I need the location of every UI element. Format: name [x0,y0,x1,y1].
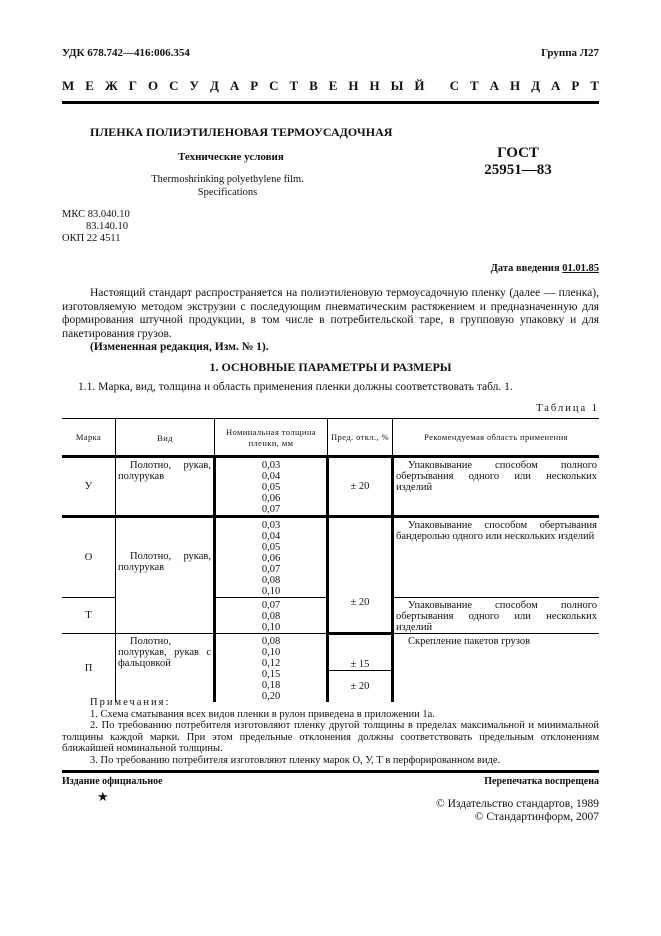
thickness-value: 0,15 [216,669,326,680]
effective-date: Дата введения 01.01.85 [491,263,599,274]
header-application: Рекомендуемая область применения [393,419,600,457]
banner-letter: С [169,78,178,94]
kind-text: Полотно, рукав, полурукав [118,551,211,573]
thickness-value: 0,08 [216,636,326,647]
cell-thickness: 0,030,040,050,060,070,080,10 [215,517,328,598]
english-title: Thermoshrinking polyethylene film. Speci… [150,173,305,199]
header-kind: Вид [116,419,215,457]
banner-letter: Т [290,78,299,94]
cell-deviation: ± 20 [328,457,393,517]
effective-date-label: Дата введения [491,263,563,274]
cell-mark: Т [62,598,116,634]
banner-letter: Р [250,78,258,94]
thickness-value: 0,12 [216,658,326,669]
note-item: 1. Схема сматывания всех видов пленки в … [62,709,599,721]
top-rule [62,101,599,104]
group-code: Группа Л27 [541,47,599,59]
thickness-value: 0,07 [216,504,326,515]
banner-letter: Д [210,78,219,94]
table-1: Марка Вид Номинальная толщина пленки, мм… [62,418,599,702]
table-row: У Полотно, рукав, полурукав 0,030,040,05… [62,457,599,517]
cell-kind: Полотно, рукав, полурукав [116,457,215,517]
thickness-value: 0,10 [216,647,326,658]
application-text: Упаковывание способом полного обертывани… [396,460,597,493]
thickness-value: 0,10 [216,586,326,597]
banner-letter: Н [348,78,358,94]
kind-text: Полотно, рукав, полурукав [118,460,211,482]
banner-letter: Р [571,78,579,94]
intro-paragraph: Настоящий стандарт распространяется на п… [62,287,599,341]
banner-letter: В [309,78,318,94]
thickness-value: 0,04 [216,531,326,542]
cell-application: Упаковывание способом полного обертывани… [393,598,600,634]
gost-label: ГОСТ [478,145,558,162]
header-mark: Марка [62,419,116,457]
thickness-value: 0,05 [216,482,326,493]
deviation-value: ± 20 [329,518,391,608]
mks-code-1: МКС 83.040.10 [62,209,130,221]
banner-letter: Д [531,78,540,94]
application-text: Упаковывание способом полного обертывани… [396,600,597,633]
header-thickness: Номинальная толщина пленки, мм [215,419,328,457]
application-text: Скрепление пакетов грузов [396,636,597,647]
cell-thickness: 0,080,100,120,150,180,20 [215,634,328,703]
note-item: 3. По требованию потребителя изготовляют… [62,755,599,767]
gost-number: 25951—83 [478,162,558,179]
cell-thickness: 0,030,040,050,060,07 [215,457,328,517]
thickness-value: 0,08 [216,611,326,622]
official-edition-label: Издание официальное [62,776,163,787]
copyright-publisher: © Издательство стандартов, 1989 [436,798,599,811]
header-deviation: Пред. откл., % [328,419,393,457]
notes-section: Примечания: 1. Схема сматывания всех вид… [62,697,599,766]
thickness-value: 0,06 [216,553,326,564]
table-row: О Полотно, рукав, полурукав 0,030,040,05… [62,517,599,598]
thickness-value: 0,18 [216,680,326,691]
okp-code: ОКП 22 4511 [62,233,130,245]
note-item: 2. По требованию потребителя изготовляют… [62,720,599,755]
banner-letter: Г [129,78,137,94]
bottom-rule [62,770,599,773]
thickness-value: 0,07 [216,600,326,611]
cell-mark: У [62,457,116,517]
cell-kind: Полотно, полурукав, рукав с фальцовкой [116,634,215,703]
thickness-value: 0,03 [216,520,326,531]
banner-letter: У [189,78,199,94]
banner-letter: С [269,78,278,94]
udk-code: УДК 678.742—416:006.354 [62,47,190,59]
banner-letter: М [62,78,74,94]
cell-kind: Полотно, рукав, полурукав [116,517,215,634]
banner-letter: Й [414,78,424,94]
banner-letter: Н [370,78,380,94]
copyright-block: © Издательство стандартов, 1989 © Станда… [436,798,599,824]
banner-letter: А [551,78,560,94]
thickness-value: 0,10 [216,622,326,633]
banner-letter: Т [590,78,599,94]
banner-letter [435,78,438,94]
clause-1-1: 1.1. Марка, вид, толщина и область приме… [78,381,513,393]
thickness-value: 0,03 [216,460,326,471]
table-header-row: Марка Вид Номинальная толщина пленки, мм… [62,419,599,457]
banner-letter: Е [85,78,94,94]
banner-letter: О [148,78,158,94]
intro-section: Настоящий стандарт распространяется на п… [62,287,599,355]
table-caption: Таблица 1 [536,403,599,414]
section-heading: 1. ОСНОВНЫЕ ПАРАМЕТРЫ И РАЗМЕРЫ [62,360,599,375]
banner-letter: А [490,78,499,94]
interstate-standard-banner: МЕЖГОСУДАРСТВЕННЫЙ СТАНДАРТ [62,78,599,94]
cell-application: Упаковывание способом полного обертывани… [393,457,600,517]
english-title-line1: Thermoshrinking polyethylene film. [150,173,305,186]
thickness-value: 0,08 [216,575,326,586]
cell-deviation: ± 20 [328,517,393,634]
classification-codes: МКС 83.040.10 83.140.10 ОКП 22 4511 [62,209,130,245]
notes-heading: Примечания: [62,697,599,709]
mks-code-2: 83.140.10 [62,221,130,233]
star-icon: ★ [97,789,109,805]
banner-letter: С [450,78,459,94]
gost-designation: ГОСТ 25951—83 [478,145,558,179]
banner-letter: Е [329,78,338,94]
thickness-value: 0,06 [216,493,326,504]
banner-letter: Ы [391,78,404,94]
banner-letter: Т [470,78,479,94]
cell-application: Упаковывание способом обертывания бандер… [393,517,600,598]
english-title-line2: Specifications [150,186,305,199]
document-subtitle: Технические условия [178,151,284,163]
cell-deviation: ± 15 [328,634,393,671]
application-text: Упаковывание способом обертывания бандер… [396,520,597,542]
cell-mark: П [62,634,116,703]
banner-letter: А [230,78,239,94]
banner-letter: Ж [105,78,118,94]
thickness-value: 0,04 [216,471,326,482]
effective-date-value: 01.01.85 [562,263,599,274]
banner-letter: Н [510,78,520,94]
reprint-prohibited-label: Перепечатка воспрещена [484,776,599,787]
amendment-note: (Измененная редакция, Изм. № 1). [62,341,599,355]
kind-text: Полотно, полурукав, рукав с фальцовкой [118,636,211,669]
cell-mark: О [62,517,116,598]
cell-thickness: 0,070,080,10 [215,598,328,634]
cell-application: Скрепление пакетов грузов [393,634,600,703]
copyright-standartinform: © Стандартинформ, 2007 [436,811,599,824]
thickness-value: 0,05 [216,542,326,553]
thickness-value: 0,07 [216,564,326,575]
document-title: ПЛЕНКА ПОЛИЭТИЛЕНОВАЯ ТЕРМОУСАДОЧНАЯ [90,125,392,140]
